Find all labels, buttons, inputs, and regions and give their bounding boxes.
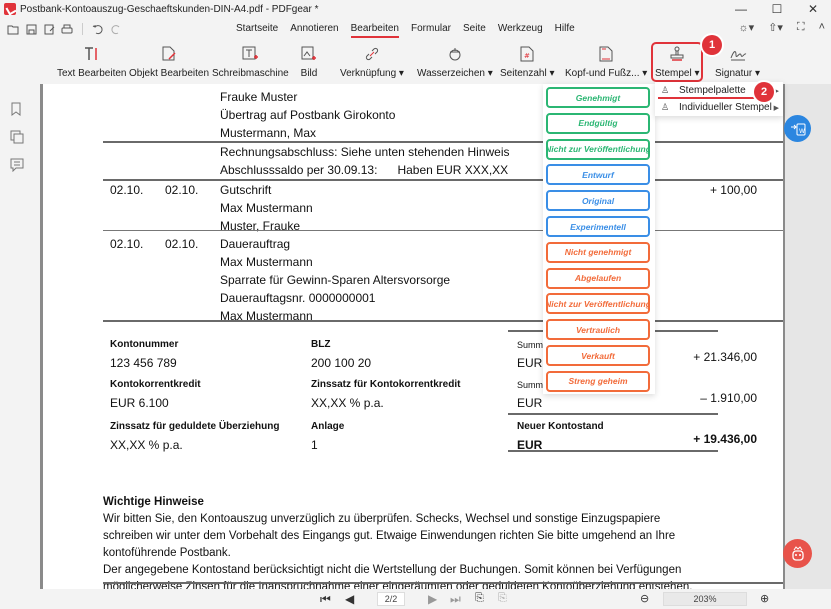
typewriter-icon: [240, 44, 260, 64]
tab-bearbeiten[interactable]: Bearbeiten: [345, 18, 405, 40]
text-line: Gutschrift: [220, 181, 313, 199]
thumbnails-icon[interactable]: [10, 130, 24, 144]
text-line: Wir bitten Sie, den Kontoauszug unverzüg…: [103, 511, 692, 528]
field-label: Kontonummer: [110, 336, 178, 354]
zoom-level-input[interactable]: 203%: [663, 592, 747, 606]
header-footer-icon: [596, 44, 616, 64]
stamp-palette: GenehmigtEndgültigNicht zur Veröffentlic…: [543, 84, 655, 394]
ai-assistant-button[interactable]: [783, 539, 812, 568]
text-bearbeiten-button[interactable]: Text Bearbeiten: [57, 44, 127, 79]
share-icon[interactable]: ⇧▾: [768, 21, 783, 34]
convert-to-word-button[interactable]: W: [784, 115, 811, 142]
first-page-icon[interactable]: ⏮: [320, 592, 331, 607]
stamp-item[interactable]: Nicht genehmigt: [546, 242, 650, 263]
new-balance: Neuer Kontostand EUR: [517, 418, 604, 454]
text-line: Max Mustermann: [220, 253, 450, 271]
maximize-button[interactable]: ☐: [759, 0, 795, 18]
menu-item-label: Individueller Stempel: [679, 102, 772, 113]
tx2-date2: 02.10.: [165, 235, 198, 253]
pdfgear-logo-icon: [4, 3, 16, 15]
comments-icon[interactable]: [10, 158, 24, 172]
vertical-scrollbar[interactable]: [783, 84, 831, 589]
text-line: möglicherweise Zinsen für die Inanspruch…: [103, 579, 692, 589]
edit-text-icon: [82, 44, 102, 64]
zins-ueber-field: Zinssatz für geduldete Überziehung XX,XX…: [110, 418, 279, 454]
tab-startseite[interactable]: Startseite: [230, 18, 284, 40]
tx1-date1: 02.10.: [110, 181, 143, 199]
custom-stamp-icon: ♙: [661, 102, 673, 113]
field-label: Kontokorrentkredit: [110, 376, 201, 394]
tab-formular[interactable]: Formular: [405, 18, 457, 40]
field-value: XX,XX % p.a.: [110, 436, 279, 454]
tab-annotieren[interactable]: Annotieren: [284, 18, 344, 40]
stempelpalette-highlight: [658, 97, 758, 99]
notes-title: Wichtige Hinweise: [103, 494, 692, 511]
title-bar: Postbank-Kontoauszug-Geschaeftskunden-DI…: [0, 0, 831, 18]
text-line: Max Mustermann: [220, 307, 450, 325]
page-number-input[interactable]: 2/2: [377, 592, 405, 606]
window-title: Postbank-Kontoauszug-Geschaeftskunden-DI…: [20, 4, 319, 15]
open-icon[interactable]: [6, 22, 20, 36]
toolbar-separator: [82, 23, 83, 35]
tab-hilfe[interactable]: Hilfe: [549, 18, 581, 40]
tab-seite[interactable]: Seite: [457, 18, 492, 40]
close-button[interactable]: ✕: [795, 0, 831, 18]
kopf-fusszeile-button[interactable]: Kopf-und Fußz... ▾: [565, 44, 647, 79]
rotate-page-icon[interactable]: ⎘: [475, 592, 484, 605]
divider: [103, 320, 783, 322]
kredit-field: Kontokorrentkredit EUR 6.100: [110, 376, 201, 412]
chevron-right-icon: ▶: [774, 87, 779, 95]
collapse-ribbon-icon[interactable]: ˄: [819, 21, 825, 34]
field-value: EUR: [517, 394, 543, 412]
text-line: kontoführende Postbank.: [103, 545, 692, 562]
pdfgear-window: Postbank-Kontoauszug-Geschaeftskunden-DI…: [0, 0, 831, 609]
menu-item-label: Stempelpalette: [679, 85, 746, 96]
stamp-item[interactable]: Abgelaufen: [546, 268, 650, 289]
svg-text:#: #: [524, 52, 530, 60]
field-value: XX,XX % p.a.: [311, 394, 460, 412]
new-balance-amount: + 19.436,00: [623, 430, 757, 448]
text-line: Sparrate für Gewinn-Sparen Altersvorsorg…: [220, 271, 450, 289]
divider: [103, 230, 783, 231]
save-as-icon[interactable]: [42, 22, 56, 36]
save-icon[interactable]: [24, 22, 38, 36]
left-sidebar: [0, 84, 36, 589]
document-canvas[interactable]: Frauke Muster Übertrag auf Postbank Giro…: [43, 84, 783, 589]
stamp-item[interactable]: Entwurf: [546, 164, 650, 185]
fullscreen-icon[interactable]: ⛶: [797, 21, 805, 34]
text-line: Frauke Muster: [220, 88, 395, 106]
menu-tabs: Startseite Annotieren Bearbeiten Formula…: [230, 18, 581, 40]
field-value: 1: [311, 436, 344, 454]
text-line: Abschlusssaldo per 30.09.13: Haben EUR X…: [220, 161, 510, 179]
text-line: Der angegebene Kontostand berücksichtigt…: [103, 562, 692, 579]
callout-badge-1: 1: [702, 35, 722, 55]
signature-icon: [728, 44, 748, 64]
verknuepfung-button[interactable]: Verknüpfung ▾: [340, 44, 404, 79]
divider: [508, 450, 718, 452]
image-icon: [299, 44, 319, 64]
text-line: schreiben wir unter dem Vorbehalt des Ei…: [103, 528, 692, 545]
text-line: Muster, Frauke: [220, 217, 313, 235]
closing-block: Rechnungsabschluss: Siehe unten stehende…: [220, 143, 510, 179]
callout-badge-2: 2: [754, 82, 774, 102]
field-label: Summ: [517, 336, 543, 354]
wasserzeichen-button[interactable]: Wasserzeichen ▾: [417, 44, 493, 79]
text-line: Dauerauftagsnr. 0000000001: [220, 289, 450, 307]
field-value: EUR 6.100: [110, 394, 201, 412]
sum1: Summ EUR: [517, 336, 543, 372]
text-line: Übertrag auf Postbank Girokonto: [220, 106, 395, 124]
page-number-icon: #: [517, 44, 537, 64]
field-label: Zinssatz für Kontokorrentkredit: [311, 376, 460, 394]
text-line: Rechnungsabschluss: Siehe unten stehende…: [220, 143, 510, 161]
stamp-item[interactable]: Original: [546, 190, 650, 211]
watermark-icon: [445, 44, 465, 64]
link-icon: [362, 44, 382, 64]
edit-object-icon: [159, 44, 179, 64]
page-bottom-line: [103, 582, 783, 584]
seitenzahl-button[interactable]: # Seitenzahl ▾: [500, 44, 555, 79]
bookmark-icon[interactable]: [10, 102, 24, 116]
transfer-block: Frauke Muster Übertrag auf Postbank Giro…: [220, 88, 395, 142]
sum2: Summ EUR: [517, 376, 543, 412]
field-value: 123 456 789: [110, 354, 178, 372]
field-value: EUR: [517, 354, 543, 372]
stamp-item[interactable]: Nicht zur Veröffentlichung: [546, 139, 650, 160]
redo-icon[interactable]: [109, 22, 123, 36]
undo-icon[interactable]: [91, 22, 105, 36]
status-bar: ⏮ ◀ 2/2 ▶ ⏭ ⎘ ⎘ ⊖ 203% ⊕: [0, 589, 831, 609]
tx1-date2: 02.10.: [165, 181, 198, 199]
field-label: Neuer Kontostand: [517, 418, 604, 436]
stamp-item[interactable]: Verkauft: [546, 345, 650, 366]
stempel-highlight: [651, 42, 703, 82]
quick-access-toolbar: [6, 22, 123, 36]
field-value: 200 100 20: [311, 354, 371, 372]
field-label: Anlage: [311, 418, 344, 436]
tx1-amount: + 100,00: [643, 181, 757, 199]
text-line: Dauerauftrag: [220, 235, 450, 253]
stamp-item[interactable]: Endgültig: [546, 113, 650, 134]
schreibmaschine-button[interactable]: Schreibmaschine: [212, 44, 289, 79]
next-page-icon[interactable]: ▶: [428, 592, 437, 606]
zins-kredit-field: Zinssatz für Kontokorrentkredit XX,XX % …: [311, 376, 460, 412]
field-label: Zinssatz für geduldete Überziehung: [110, 418, 279, 436]
anlage-field: Anlage 1: [311, 418, 344, 454]
bild-button[interactable]: Bild: [299, 44, 319, 79]
minimize-button[interactable]: —: [723, 0, 759, 18]
stamp-item[interactable]: Experimentell: [546, 216, 650, 237]
signatur-button[interactable]: Signatur ▾: [715, 44, 760, 79]
stamp-icon: ♙: [661, 85, 673, 96]
divider: [508, 413, 718, 415]
objekt-bearbeiten-button[interactable]: Objekt Bearbeiten: [129, 44, 209, 79]
prev-page-icon[interactable]: ◀: [345, 592, 354, 606]
print-icon[interactable]: [60, 22, 74, 36]
blz-field: BLZ 200 100 20: [311, 336, 371, 372]
redo-view-icon[interactable]: ⎘: [498, 592, 507, 605]
stamp-item[interactable]: Nicht zur Veröffentlichung: [546, 293, 650, 314]
kontonummer-field: Kontonummer 123 456 789: [110, 336, 178, 372]
tx1-details: Gutschrift Max Mustermann Muster, Frauke: [220, 181, 313, 235]
chevron-right-icon: ▶: [774, 104, 779, 112]
convert-word-icon: W: [790, 122, 806, 136]
last-page-icon[interactable]: ⏭: [450, 592, 461, 607]
text-line: Max Mustermann: [220, 199, 313, 217]
field-label: BLZ: [311, 336, 371, 354]
zoom-in-icon[interactable]: ⊕: [760, 592, 769, 605]
field-label: Summ: [517, 376, 543, 394]
stamp-item[interactable]: Genehmigt: [546, 87, 650, 108]
stamp-item[interactable]: Streng geheim: [546, 371, 650, 392]
tab-werkzeug[interactable]: Werkzeug: [492, 18, 549, 40]
notes-section: Wichtige Hinweise Wir bitten Sie, den Ko…: [103, 494, 692, 589]
tx2-details: Dauerauftrag Max Mustermann Sparrate für…: [220, 235, 450, 325]
text-line: Mustermann, Max: [220, 124, 395, 142]
robot-icon: [790, 546, 806, 562]
theme-icon[interactable]: ☼▾: [739, 21, 755, 34]
stamp-item[interactable]: Vertraulich: [546, 319, 650, 340]
zoom-out-icon[interactable]: ⊖: [640, 592, 649, 605]
tx2-date1: 02.10.: [110, 235, 143, 253]
svg-text:W: W: [799, 128, 805, 135]
